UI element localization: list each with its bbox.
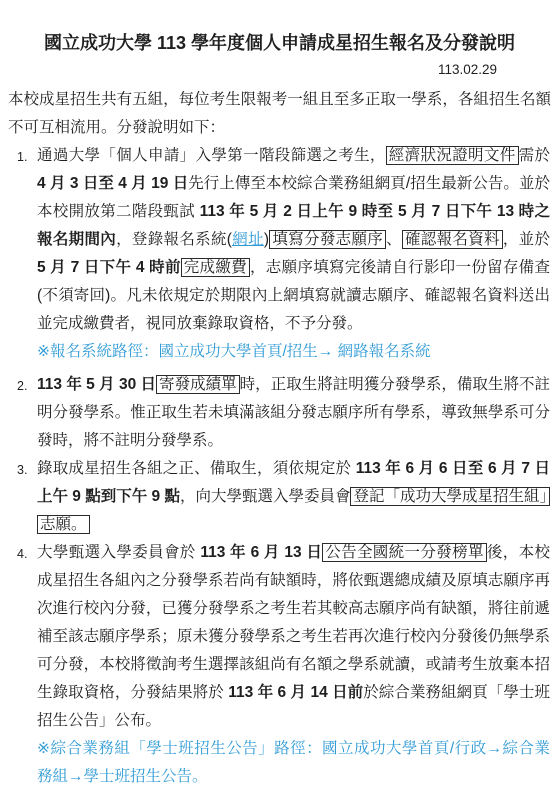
list-item-3: 3. 錄取成星招生各組之正、備取生，須依規定於 113 年 6 月 6 日至 6… — [0, 455, 559, 539]
boxed-emphasis-text: 確認報名資料 — [402, 230, 503, 249]
intro-paragraph: 本校成星招生共有五組，每位考生限報考一組且至多正取一學系，各組招生名額不可互相流… — [8, 86, 551, 142]
boxed-emphasis-text: 填寫分發志願序 — [269, 230, 386, 249]
registration-url-link[interactable]: 網址 — [232, 231, 264, 248]
text-run: ，向大學甄選入學委員會 — [180, 488, 351, 505]
text-run: ，登錄報名系統( — [116, 231, 232, 248]
boxed-emphasis-text: 寄發成績單 — [156, 375, 240, 394]
document-title: 國立成功大學 113 學年度個人申請成星招生報名及分發說明 — [8, 30, 551, 56]
text-run: 、 — [386, 231, 402, 248]
text-run: 需於 — [519, 147, 550, 164]
item-text: 錄取成星招生各組之正、備取生，須依規定於 113 年 6 月 6 日至 6 月 … — [37, 460, 550, 534]
document-page: 國立成功大學 113 學年度個人申請成星招生報名及分發說明 113.02.29 … — [0, 0, 559, 793]
text-run: 後，本校成星招生各組內之分發學系若尚有缺額時，將依甄選總成績及原填志願序再次進行… — [37, 544, 550, 701]
item-number: 3. — [17, 455, 37, 483]
item-content: 113 年 5 月 30 日寄發成績單時，正取生將註明獲分發學系，備取生將不註明… — [37, 371, 559, 455]
item-content: 錄取成星招生各組之正、備取生，須依規定於 113 年 6 月 6 日至 6 月 … — [37, 455, 559, 539]
text-run: ※報名系統路徑：國立成功大學首頁/招生→ 網路報名系統 — [37, 343, 431, 360]
item-text: 通過大學「個人申請」入學第一階段篩選之考生，經濟狀況證明文件需於 4 月 3 日… — [37, 146, 550, 332]
boxed-emphasis-text: 經濟狀況證明文件 — [386, 146, 519, 165]
item-content: 通過大學「個人申請」入學第一階段篩選之考生，經濟狀況證明文件需於 4 月 3 日… — [37, 142, 559, 366]
list-item-4: 4. 大學甄選入學委員會於 113 年 6 月 13 日公告全國統一分發榜單後，… — [0, 539, 559, 791]
list-item-1: 1. 通過大學「個人申請」入學第一階段篩選之考生，經濟狀況證明文件需於 4 月 … — [0, 142, 559, 366]
boxed-emphasis-text: 公告全國統一分發榜單 — [322, 543, 487, 562]
numbered-list: 1. 通過大學「個人申請」入學第一階段篩選之考生，經濟狀況證明文件需於 4 月 … — [0, 142, 559, 791]
text-run: 通過大學「個人申請」入學第一階段篩選之考生， — [37, 147, 386, 164]
item-content: 大學甄選入學委員會於 113 年 6 月 13 日公告全國統一分發榜單後，本校成… — [37, 539, 559, 791]
item-number: 1. — [17, 142, 37, 170]
system-path-note: ※報名系統路徑：國立成功大學首頁/招生→ 網路報名系統 — [37, 338, 550, 366]
boxed-emphasis-text: 完成繳費 — [181, 258, 250, 277]
item-number: 2. — [17, 371, 37, 399]
text-run: ※綜合業務組「學士班招生公告」路徑：國立成功大學首頁/行政→綜合業務組→學士班招… — [37, 740, 550, 785]
bold-text-run: 113 年 6 月 13 日 — [200, 544, 322, 561]
item-text: 113 年 5 月 30 日寄發成績單時，正取生將註明獲分發學系，備取生將不註明… — [37, 375, 550, 449]
item-text: 大學甄選入學委員會於 113 年 6 月 13 日公告全國統一分發榜單後，本校成… — [37, 543, 550, 729]
bold-text-run: 5 月 7 日下午 4 時前 — [37, 259, 181, 276]
document-date: 113.02.29 — [0, 60, 559, 80]
announcement-path-note: ※綜合業務組「學士班招生公告」路徑：國立成功大學首頁/行政→綜合業務組→學士班招… — [37, 735, 550, 791]
bold-text-run: 113 年 6 月 14 日前 — [228, 684, 363, 701]
text-run: 大學甄選入學委員會於 — [37, 544, 200, 561]
text-run: 錄取成星招生各組之正、備取生，須依規定於 — [37, 460, 356, 477]
text-run: 本校成星招生共有五組，每位考生限報考一組且至多正取一學系，各組招生名額不可互相流… — [8, 91, 551, 136]
bold-text-run: 113 年 5 月 30 日 — [37, 376, 156, 393]
item-number: 4. — [17, 539, 37, 567]
bold-text-run: 4 月 3 日至 4 月 19 日 — [37, 175, 188, 192]
list-item-2: 2. 113 年 5 月 30 日寄發成績單時，正取生將註明獲分發學系，備取生將… — [0, 371, 559, 455]
text-run: ，並於 — [503, 231, 550, 248]
